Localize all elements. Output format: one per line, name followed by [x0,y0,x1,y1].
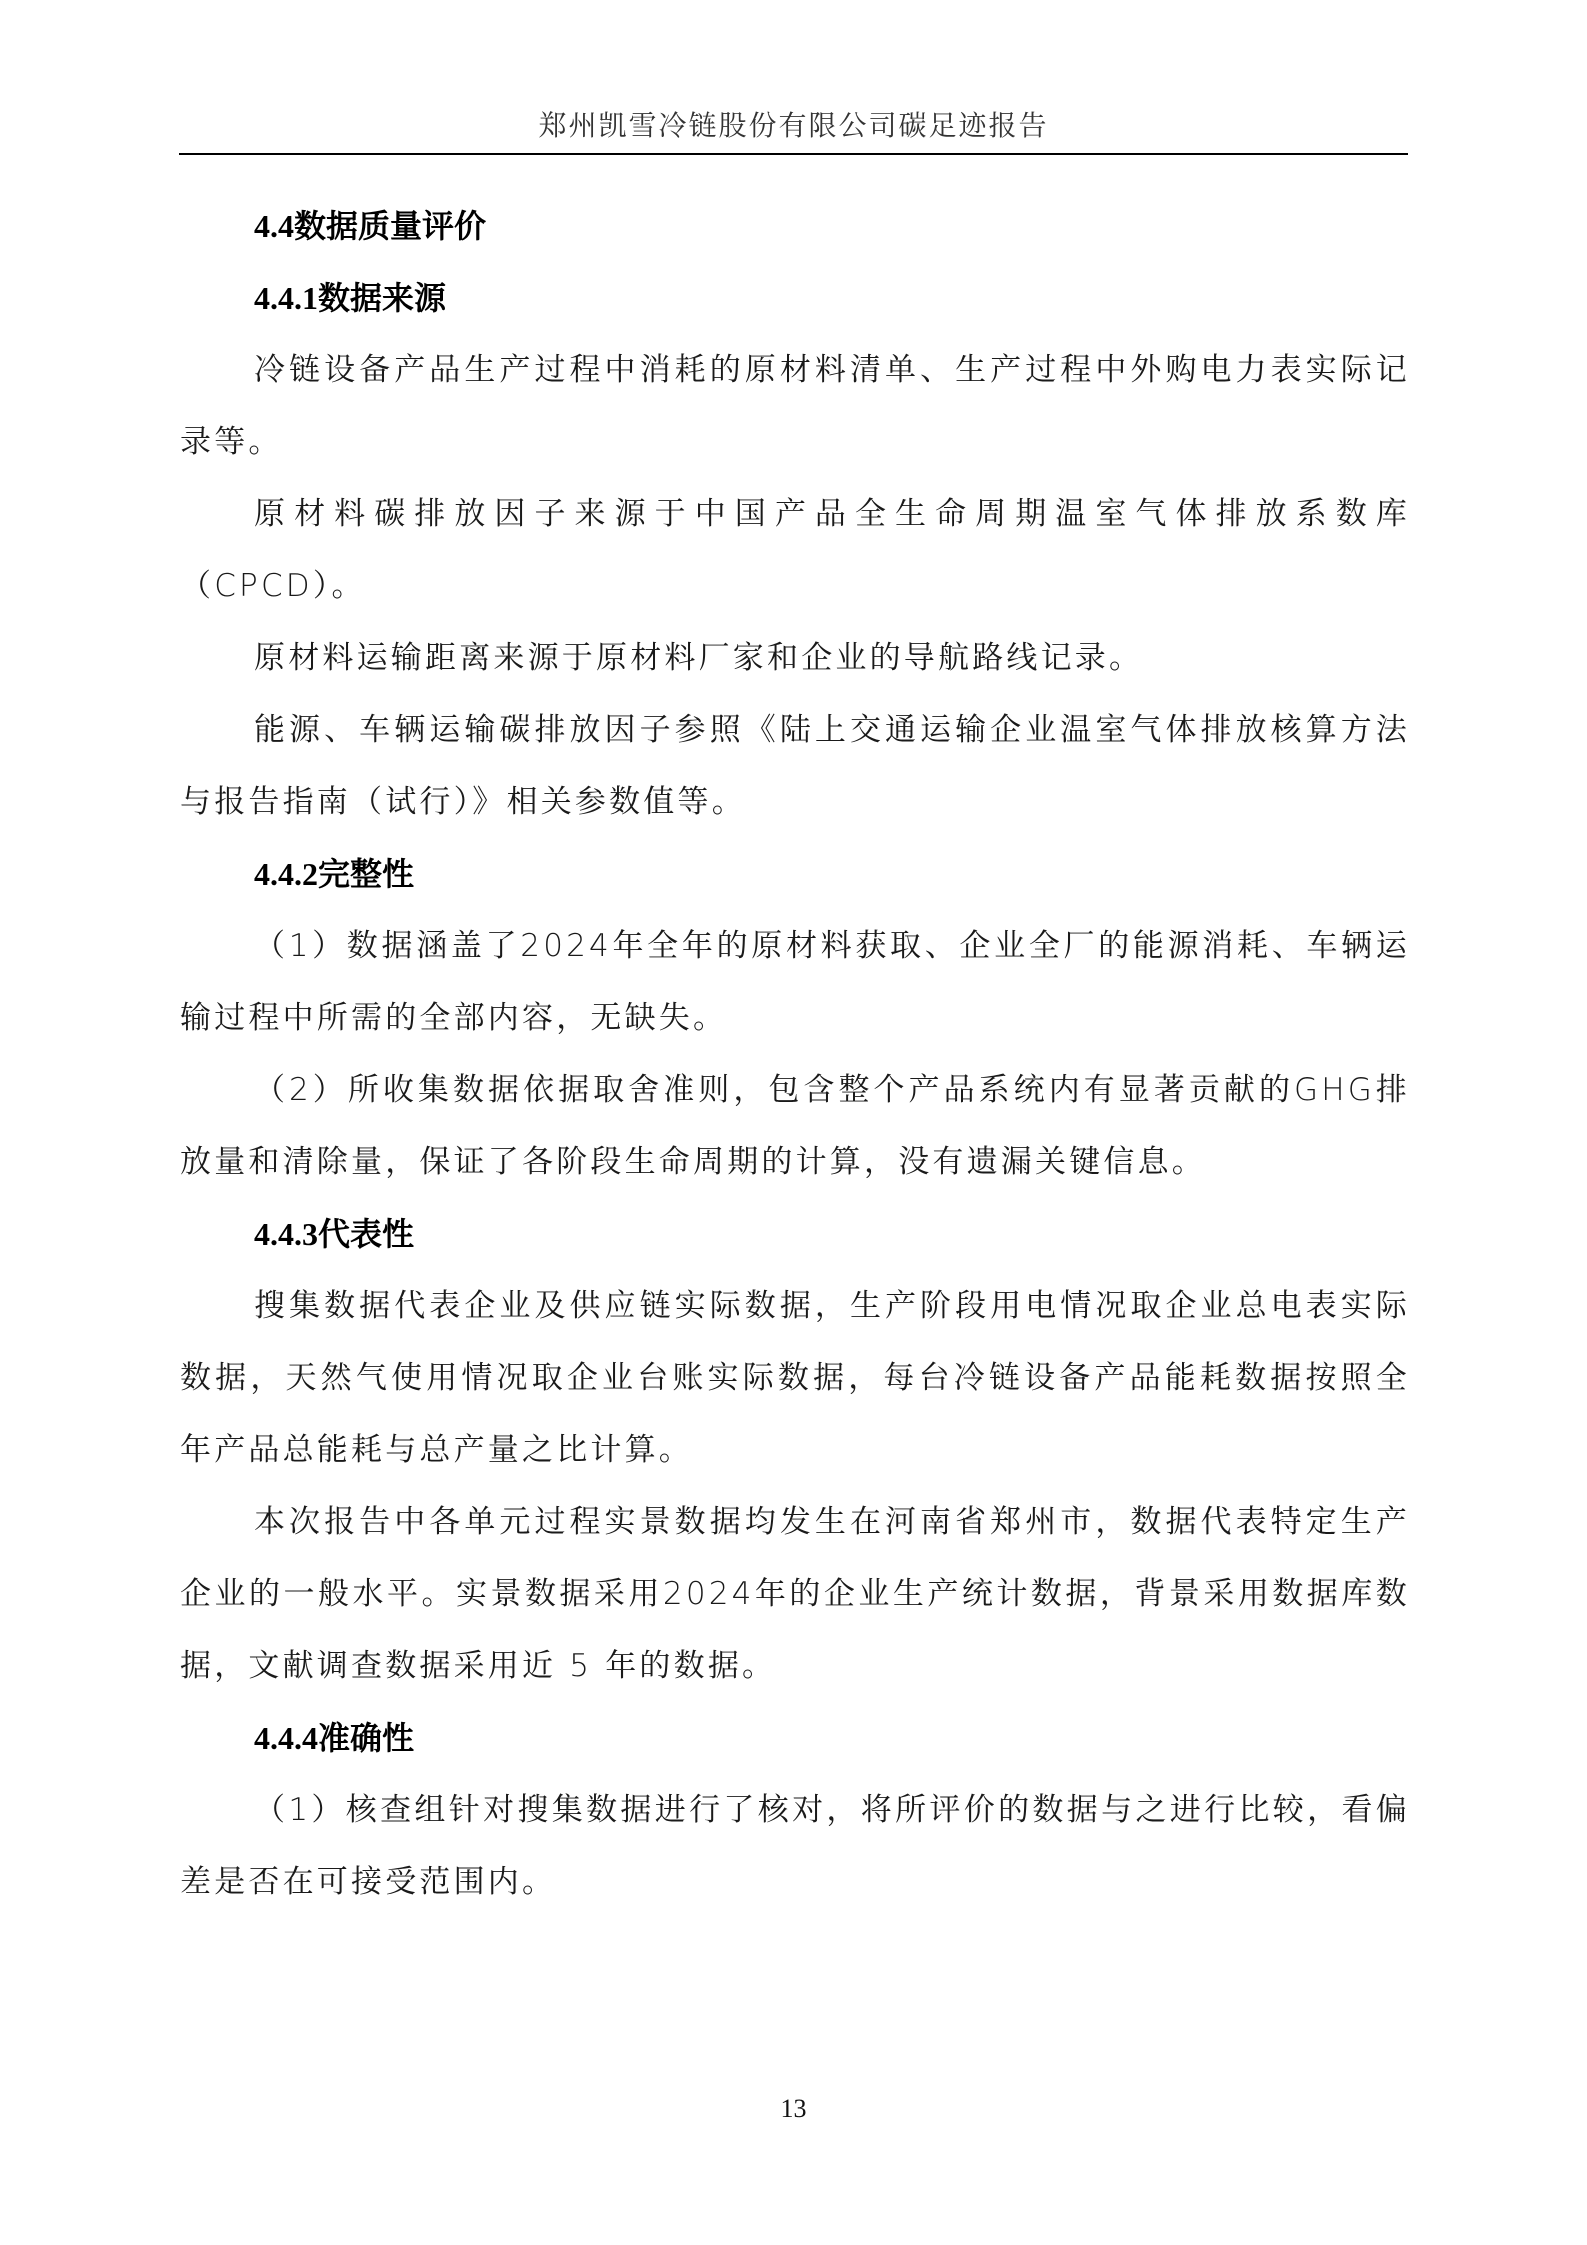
page-number: 13 [0,2094,1587,2124]
page-header-title: 郑州凯雪冷链股份有限公司碳足迹报告 [179,108,1408,144]
paragraph-representativeness-2: 本次报告中各单元过程实景数据均发生在河南省郑州市，数据代表特定生产企业的一般水平… [180,1486,1410,1702]
paragraph-data-source-1: 冷链设备产品生产过程中消耗的原材料清单、生产过程中外购电力表实际记录等。 [180,334,1410,478]
paragraph-data-source-3: 原材料运输距离来源于原材料厂家和企业的导航路线记录。 [180,622,1410,694]
section-heading-4-4-4: 4.4.4准确性 [180,1702,1410,1774]
paragraph-completeness-2: （2）所收集数据依据取舍准则，包含整个产品系统内有显著贡献的GHG排放量和清除量… [180,1054,1410,1198]
section-heading-4-4-1: 4.4.1数据来源 [180,262,1410,334]
paragraph-accuracy-1: （1）核查组针对搜集数据进行了核对，将所评价的数据与之进行比较，看偏差是否在可接… [180,1774,1410,1918]
paragraph-data-source-4: 能源、车辆运输碳排放因子参照《陆上交通运输企业温室气体排放核算方法与报告指南（试… [180,694,1410,838]
paragraph-data-source-2: 原材料碳排放因子来源于中国产品全生命周期温室气体排放系数库（CPCD）。 [180,478,1410,622]
paragraph-representativeness-1: 搜集数据代表企业及供应链实际数据，生产阶段用电情况取企业总电表实际数据，天然气使… [180,1270,1410,1486]
header-divider [179,153,1408,155]
document-body: 4.4数据质量评价 4.4.1数据来源 冷链设备产品生产过程中消耗的原材料清单、… [180,190,1410,1918]
paragraph-completeness-1: （1）数据涵盖了2024年全年的原材料获取、企业全厂的能源消耗、车辆运输过程中所… [180,910,1410,1054]
section-heading-4-4: 4.4数据质量评价 [180,190,1410,262]
section-heading-4-4-2: 4.4.2完整性 [180,838,1410,910]
section-heading-4-4-3: 4.4.3代表性 [180,1198,1410,1270]
